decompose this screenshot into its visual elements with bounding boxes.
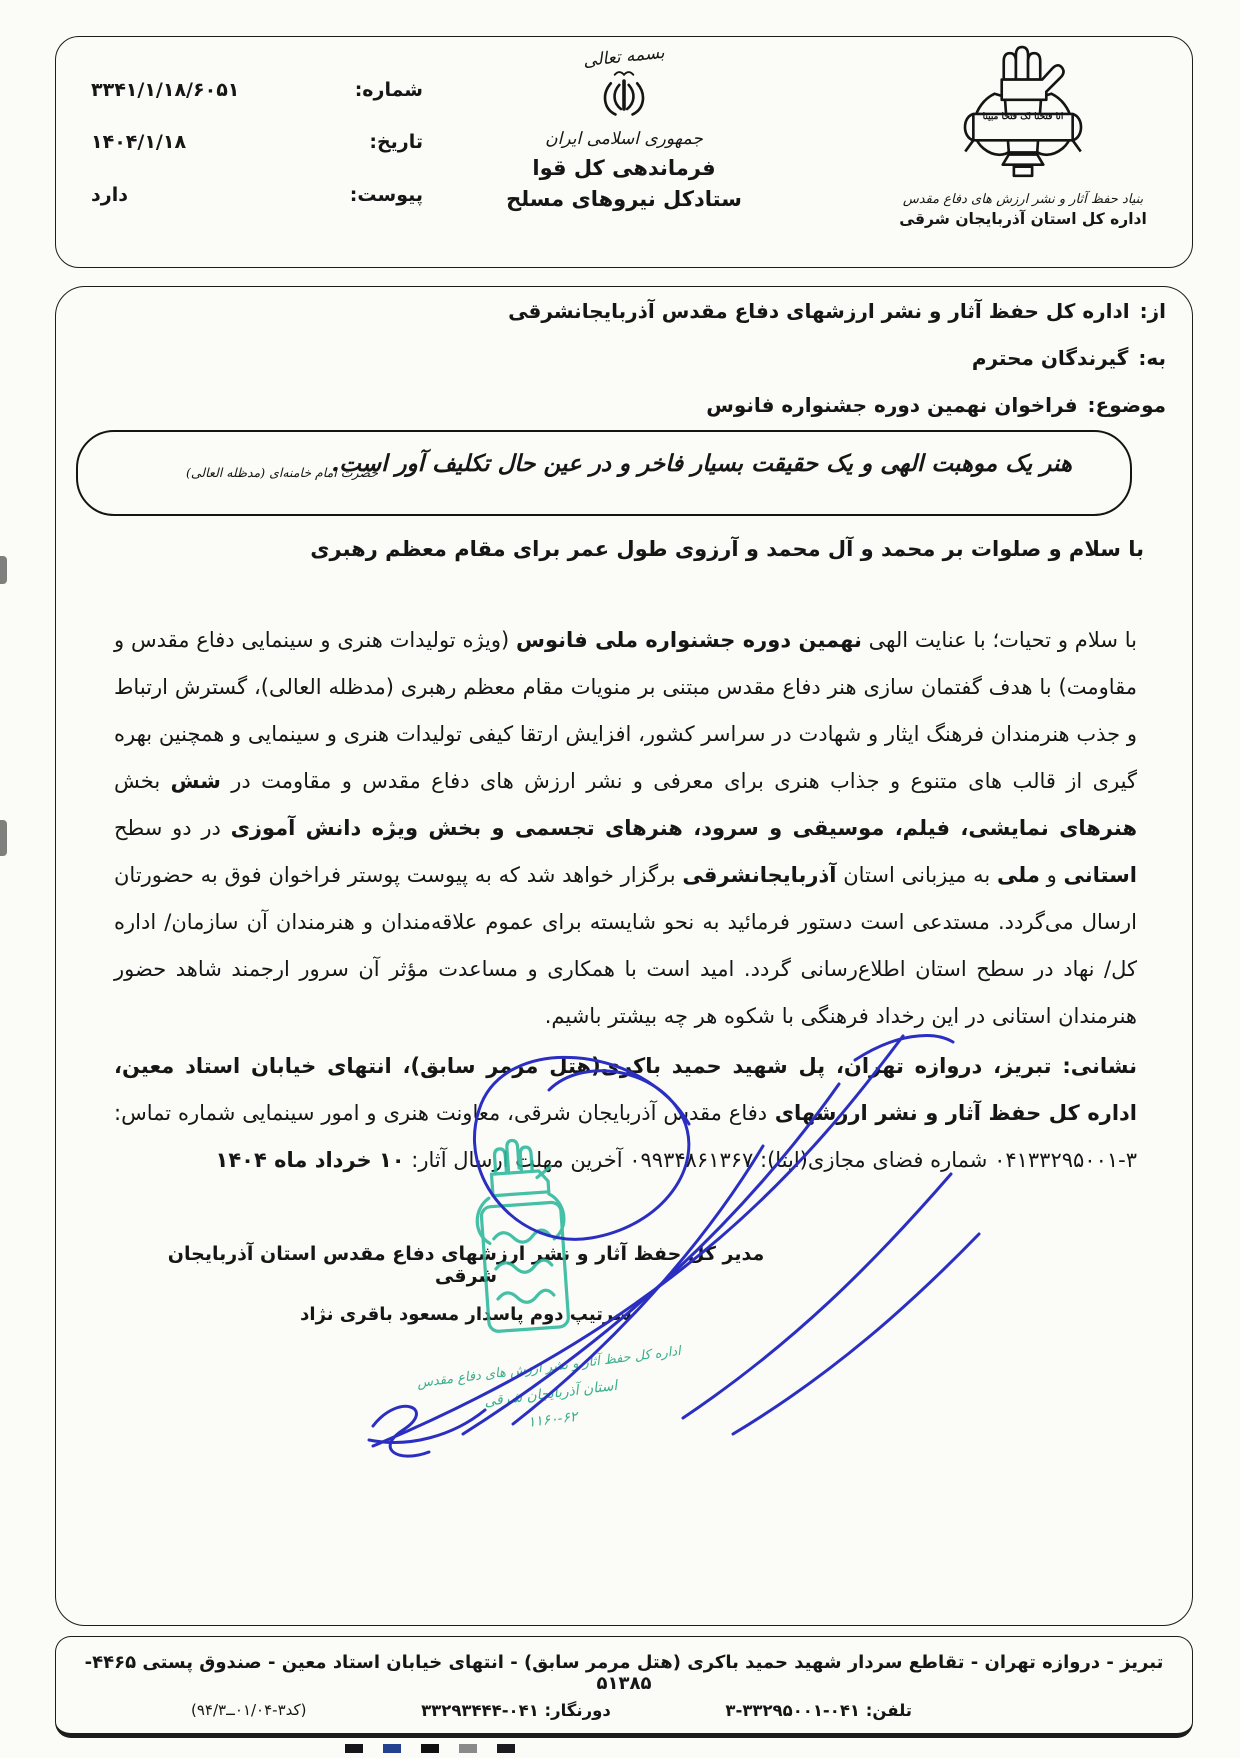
scanner-calibration-marks (345, 1744, 515, 1753)
letterhead: شماره: ۳۳۴۱/۱/۱۸/۶۰۵۱ تاریخ: ۱۴۰۴/۱/۱۸ پ… (55, 36, 1193, 268)
foundation-name: بنیاد حفظ آثار و نشر ارزش های دفاع مقدس (903, 192, 1143, 207)
subject-value: فراخوان نهمین دوره جشنواره فانوس (706, 393, 1077, 417)
to-value: گیرندگان محترم (972, 346, 1129, 370)
to-line: به:گیرندگان محترم (972, 346, 1166, 370)
calibration-swatch (383, 1744, 401, 1753)
from-label: از: (1140, 299, 1166, 323)
besmellah-calligraphy: بسمه تعالی (582, 43, 665, 71)
from-line: از:اداره کل حفظ آثار و نشر ارزشهای دفاع … (508, 299, 1166, 323)
foundation-logo: انا فتحنا لک فتحا مبینا (947, 41, 1099, 191)
footer-box: تبریز - دروازه تهران - تقاطع سردار شهید … (55, 1636, 1193, 1738)
calibration-swatch (459, 1744, 477, 1753)
provincial-office-name: اداره کل استان آذربایجان شرقی (899, 210, 1147, 228)
country-calligraphy: جمهوری اسلامی ایران (545, 129, 703, 149)
scan-artifact (0, 820, 7, 856)
footer-code: (کد۳-۰۱/۰۴ــ۹۴/۳) (191, 1701, 307, 1720)
footer-fax: دورنگار: ۰۴۱-۳۳۲۹۳۴۴۴ (421, 1701, 611, 1720)
subject-line: موضوع:فراخوان نهمین دوره جشنواره فانوس (706, 393, 1166, 417)
header-title-2: ستادکل نیروهای مسلح (506, 187, 742, 211)
header-title-1: فرماندهی کل قوا (532, 156, 715, 180)
letter-body: از:اداره کل حفظ آثار و نشر ارزشهای دفاع … (55, 286, 1193, 1626)
footer-address: تبریز - دروازه تهران - تقاطع سردار شهید … (56, 1652, 1192, 1694)
calibration-swatch (421, 1744, 439, 1753)
scan-artifact (0, 556, 7, 584)
calibration-swatch (345, 1744, 363, 1753)
leader-quote: هنر یک موهبت الهی و یک حقیقت بسیار فاخر … (331, 450, 1072, 477)
footer-contact-row: تلفن: ۰۴۱-۳۳۲۹۵۰۰۱-۳ دورنگار: ۰۴۱-۳۳۲۹۳۴… (56, 1701, 1192, 1720)
salutation-line: با سلام و صلوات بر محمد و آل محمد و آرزو… (310, 537, 1144, 561)
body-paragraph: با سلام و تحیات؛ با عنایت الهی نهمین دور… (114, 617, 1137, 1040)
scanned-letter-page: شماره: ۳۳۴۱/۱/۱۸/۶۰۵۱ تاریخ: ۱۴۰۴/۱/۱۸ پ… (0, 0, 1240, 1758)
quote-attribution: حضرت امام خامنه‌ای (مدظله العالی) (186, 465, 378, 480)
leader-quote-box: هنر یک موهبت الهی و یک حقیقت بسیار فاخر … (76, 430, 1132, 516)
footer-phone: تلفن: ۰۴۱-۳۳۲۹۵۰۰۱-۳ (725, 1701, 912, 1720)
handwritten-signature (251, 1022, 1011, 1472)
iri-emblem-icon (599, 67, 649, 127)
calibration-swatch (497, 1744, 515, 1753)
letterhead-org: انا فتحنا لک فتحا مبینا بنیاد حفظ آثار و… (858, 41, 1188, 228)
from-value: اداره کل حفظ آثار و نشر ارزشهای دفاع مقد… (508, 299, 1130, 323)
subject-label: موضوع: (1088, 393, 1166, 417)
to-label: به: (1138, 346, 1166, 370)
logo-banner-text: انا فتحنا لک فتحا مبینا (953, 112, 1093, 122)
